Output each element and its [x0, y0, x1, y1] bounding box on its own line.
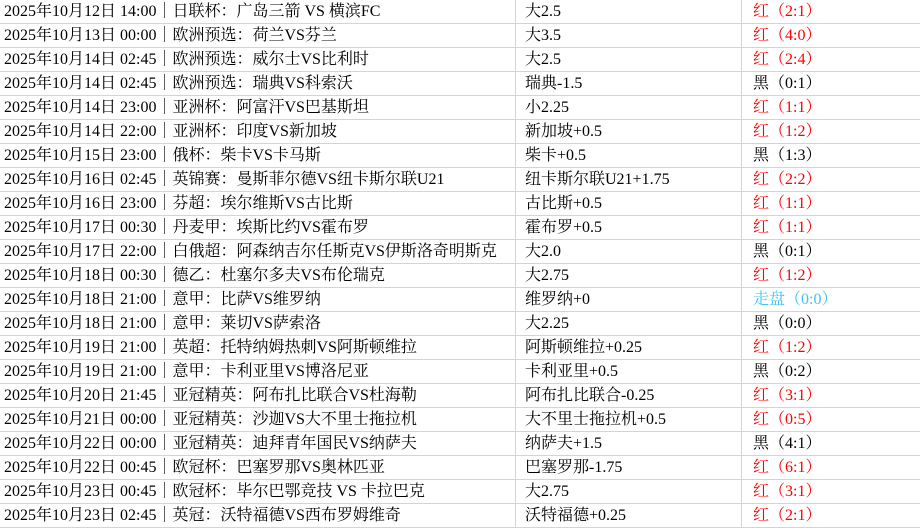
cell-result[interactable]: 红（6:1） [742, 456, 920, 480]
match-info-text: 2025年10月18日 21:00｜意甲：莱切VS萨索洛 [4, 315, 321, 332]
cell-match-info[interactable]: 2025年10月13日 00:00｜欧洲预选：荷兰VS芬兰 [0, 24, 516, 48]
cell-handicap-pick[interactable]: 瑞典-1.5 [516, 72, 742, 96]
handicap-pick-text: 大2.5 [525, 3, 561, 20]
cell-result[interactable]: 红（1:2） [742, 120, 920, 144]
cell-result[interactable]: 红（3:1） [742, 384, 920, 408]
cell-result[interactable]: 红（2:4） [742, 48, 920, 72]
match-info-text: 2025年10月19日 21:00｜英超：托特纳姆热刺VS阿斯顿维拉 [4, 339, 417, 356]
result-text: 红（1:2） [753, 267, 821, 284]
result-text: 红（0:5） [753, 411, 821, 428]
result-text: 红（4:0） [753, 27, 821, 44]
cell-handicap-pick[interactable]: 大2.5 [516, 0, 742, 24]
match-info-text: 2025年10月20日 21:45｜亚冠精英：阿布扎比联合VS杜海勒 [4, 387, 417, 404]
table-row: 2025年10月20日 21:45｜亚冠精英：阿布扎比联合VS杜海勒 阿布扎比联… [0, 384, 920, 408]
table-row: 2025年10月14日 22:00｜亚洲杯：印度VS新加坡 新加坡+0.5 红（… [0, 120, 920, 144]
match-info-text: 2025年10月13日 00:00｜欧洲预选：荷兰VS芬兰 [4, 27, 337, 44]
cell-result[interactable]: 黑（1:3） [742, 144, 920, 168]
cell-match-info[interactable]: 2025年10月19日 21:00｜英超：托特纳姆热刺VS阿斯顿维拉 [0, 336, 516, 360]
handicap-pick-text: 纽卡斯尔联U21+1.75 [525, 171, 670, 188]
table-row: 2025年10月14日 02:45｜欧洲预选：威尔士VS比利时 大2.5 红（2… [0, 48, 920, 72]
table-row: 2025年10月16日 23:00｜芬超：埃尔维斯VS古比斯 古比斯+0.5 红… [0, 192, 920, 216]
cell-match-info[interactable]: 2025年10月18日 00:30｜德乙：杜塞尔多夫VS布伦瑞克 [0, 264, 516, 288]
cell-result[interactable]: 红（1:1） [742, 192, 920, 216]
cell-match-info[interactable]: 2025年10月23日 00:45｜欧冠杯：毕尔巴鄂竞技 VS 卡拉巴克 [0, 480, 516, 504]
handicap-pick-text: 大2.75 [525, 267, 569, 284]
cell-handicap-pick[interactable]: 古比斯+0.5 [516, 192, 742, 216]
cell-result[interactable]: 红（2:2） [742, 168, 920, 192]
handicap-pick-text: 阿布扎比联合-0.25 [525, 387, 654, 404]
table-row: 2025年10月18日 21:00｜意甲：比萨VS维罗纳 维罗纳+0 走盘（0:… [0, 288, 920, 312]
cell-result[interactable]: 黑（0:1） [742, 240, 920, 264]
result-text: 黑（0:2） [753, 363, 821, 380]
table-row: 2025年10月17日 22:00｜白俄超：阿森纳吉尔任斯克VS伊斯洛奇明斯克 … [0, 240, 920, 264]
result-text: 红（2:1） [753, 3, 821, 20]
match-info-text: 2025年10月23日 00:45｜欧冠杯：毕尔巴鄂竞技 VS 卡拉巴克 [4, 483, 425, 500]
handicap-pick-text: 大3.5 [525, 27, 561, 44]
match-info-text: 2025年10月21日 00:00｜亚冠精英：沙迦VS大不里士拖拉机 [4, 411, 417, 428]
match-info-text: 2025年10月14日 02:45｜欧洲预选：瑞典VS科索沃 [4, 75, 353, 92]
handicap-pick-text: 瑞典-1.5 [525, 75, 582, 92]
result-text: 黑（0:0） [753, 315, 821, 332]
result-text: 红（3:1） [753, 387, 821, 404]
cell-result[interactable]: 黑（0:2） [742, 360, 920, 384]
cell-handicap-pick[interactable]: 大2.75 [516, 264, 742, 288]
match-info-text: 2025年10月16日 02:45｜英锦赛：曼斯菲尔德VS纽卡斯尔联U21 [4, 171, 444, 188]
table-row: 2025年10月22日 00:45｜欧冠杯：巴塞罗那VS奥林匹亚 巴塞罗那-1.… [0, 456, 920, 480]
cell-handicap-pick[interactable]: 阿布扎比联合-0.25 [516, 384, 742, 408]
handicap-pick-text: 小2.25 [525, 99, 569, 116]
result-text: 红（6:1） [753, 459, 821, 476]
table-row: 2025年10月15日 23:00｜俄杯：柴卡VS卡马斯 柴卡+0.5 黑（1:… [0, 144, 920, 168]
cell-result[interactable]: 红（1:1） [742, 96, 920, 120]
handicap-pick-text: 大2.25 [525, 315, 569, 332]
result-text: 黑（0:1） [753, 75, 821, 92]
match-info-text: 2025年10月14日 02:45｜欧洲预选：威尔士VS比利时 [4, 51, 369, 68]
cell-handicap-pick[interactable]: 纽卡斯尔联U21+1.75 [516, 168, 742, 192]
cell-match-info[interactable]: 2025年10月22日 00:00｜亚冠精英：迪拜青年国民VS纳萨夫 [0, 432, 516, 456]
match-info-text: 2025年10月19日 21:00｜意甲：卡利亚里VS博洛尼亚 [4, 363, 369, 380]
cell-handicap-pick[interactable]: 大3.5 [516, 24, 742, 48]
cell-handicap-pick[interactable]: 新加坡+0.5 [516, 120, 742, 144]
handicap-pick-text: 柴卡+0.5 [525, 147, 586, 164]
table-row: 2025年10月13日 00:00｜欧洲预选：荷兰VS芬兰 大3.5 红（4:0… [0, 24, 920, 48]
table-row: 2025年10月21日 00:00｜亚冠精英：沙迦VS大不里士拖拉机 大不里士拖… [0, 408, 920, 432]
cell-match-info[interactable]: 2025年10月15日 23:00｜俄杯：柴卡VS卡马斯 [0, 144, 516, 168]
cell-match-info[interactable]: 2025年10月18日 21:00｜意甲：莱切VS萨索洛 [0, 312, 516, 336]
cell-handicap-pick[interactable]: 大2.75 [516, 480, 742, 504]
cell-result[interactable]: 红（1:2） [742, 264, 920, 288]
cell-handicap-pick[interactable]: 大不里士拖拉机+0.5 [516, 408, 742, 432]
match-info-text: 2025年10月14日 23:00｜亚洲杯：阿富汗VS巴基斯坦 [4, 99, 369, 116]
table-row: 2025年10月23日 02:45｜英冠：沃特福德VS西布罗姆维奇 沃特福德+0… [0, 504, 920, 528]
result-text: 走盘（0:0） [753, 291, 837, 308]
result-text: 黑（4:1） [753, 435, 821, 452]
table-row: 2025年10月23日 00:45｜欧冠杯：毕尔巴鄂竞技 VS 卡拉巴克 大2.… [0, 480, 920, 504]
table-row: 2025年10月12日 14:00｜日联杯：广岛三箭 VS 横滨FC 大2.5 … [0, 0, 920, 24]
cell-result[interactable]: 红（0:5） [742, 408, 920, 432]
match-info-text: 2025年10月15日 23:00｜俄杯：柴卡VS卡马斯 [4, 147, 321, 164]
handicap-pick-text: 沃特福德+0.25 [525, 507, 626, 524]
cell-match-info[interactable]: 2025年10月17日 00:30｜丹麦甲：埃斯比约VS霍布罗 [0, 216, 516, 240]
handicap-pick-text: 大2.5 [525, 51, 561, 68]
handicap-pick-text: 古比斯+0.5 [525, 195, 602, 212]
cell-match-info[interactable]: 2025年10月16日 02:45｜英锦赛：曼斯菲尔德VS纽卡斯尔联U21 [0, 168, 516, 192]
result-text: 红（2:1） [753, 507, 821, 524]
cell-handicap-pick[interactable]: 小2.25 [516, 96, 742, 120]
match-info-text: 2025年10月17日 22:00｜白俄超：阿森纳吉尔任斯克VS伊斯洛奇明斯克 [4, 243, 497, 260]
handicap-pick-text: 霍布罗+0.5 [525, 219, 602, 236]
table-row: 2025年10月14日 02:45｜欧洲预选：瑞典VS科索沃 瑞典-1.5 黑（… [0, 72, 920, 96]
betting-results-table: 2025年10月12日 14:00｜日联杯：广岛三箭 VS 横滨FC 大2.5 … [0, 0, 920, 529]
cell-handicap-pick[interactable]: 柴卡+0.5 [516, 144, 742, 168]
cell-match-info[interactable]: 2025年10月12日 14:00｜日联杯：广岛三箭 VS 横滨FC [0, 0, 516, 24]
handicap-pick-text: 巴塞罗那-1.75 [525, 459, 622, 476]
cell-match-info[interactable]: 2025年10月14日 02:45｜欧洲预选：瑞典VS科索沃 [0, 72, 516, 96]
cell-result[interactable]: 红（2:1） [742, 504, 920, 528]
cell-result[interactable]: 红（1:2） [742, 336, 920, 360]
cell-handicap-pick[interactable]: 巴塞罗那-1.75 [516, 456, 742, 480]
handicap-pick-text: 阿斯顿维拉+0.25 [525, 339, 642, 356]
handicap-pick-text: 大不里士拖拉机+0.5 [525, 411, 666, 428]
cell-match-info[interactable]: 2025年10月18日 21:00｜意甲：比萨VS维罗纳 [0, 288, 516, 312]
cell-match-info[interactable]: 2025年10月17日 22:00｜白俄超：阿森纳吉尔任斯克VS伊斯洛奇明斯克 [0, 240, 516, 264]
result-text: 红（2:4） [753, 51, 821, 68]
cell-handicap-pick[interactable]: 纳萨夫+1.5 [516, 432, 742, 456]
result-text: 红（1:2） [753, 123, 821, 140]
table-row: 2025年10月16日 02:45｜英锦赛：曼斯菲尔德VS纽卡斯尔联U21 纽卡… [0, 168, 920, 192]
cell-handicap-pick[interactable]: 大2.5 [516, 48, 742, 72]
match-info-text: 2025年10月18日 21:00｜意甲：比萨VS维罗纳 [4, 291, 321, 308]
table-row: 2025年10月18日 21:00｜意甲：莱切VS萨索洛 大2.25 黑（0:0… [0, 312, 920, 336]
cell-match-info[interactable]: 2025年10月14日 22:00｜亚洲杯：印度VS新加坡 [0, 120, 516, 144]
table-row: 2025年10月19日 21:00｜意甲：卡利亚里VS博洛尼亚 卡利亚里+0.5… [0, 360, 920, 384]
cell-result[interactable]: 红（2:1） [742, 0, 920, 24]
table-row: 2025年10月18日 00:30｜德乙：杜塞尔多夫VS布伦瑞克 大2.75 红… [0, 264, 920, 288]
cell-match-info[interactable]: 2025年10月14日 23:00｜亚洲杯：阿富汗VS巴基斯坦 [0, 96, 516, 120]
cell-handicap-pick[interactable]: 卡利亚里+0.5 [516, 360, 742, 384]
match-info-text: 2025年10月17日 00:30｜丹麦甲：埃斯比约VS霍布罗 [4, 219, 369, 236]
result-text: 黑（1:3） [753, 147, 821, 164]
handicap-pick-text: 大2.75 [525, 483, 569, 500]
cell-handicap-pick[interactable]: 霍布罗+0.5 [516, 216, 742, 240]
table-row: 2025年10月22日 00:00｜亚冠精英：迪拜青年国民VS纳萨夫 纳萨夫+1… [0, 432, 920, 456]
cell-match-info[interactable]: 2025年10月21日 00:00｜亚冠精英：沙迦VS大不里士拖拉机 [0, 408, 516, 432]
handicap-pick-text: 维罗纳+0 [525, 291, 590, 308]
cell-handicap-pick[interactable]: 沃特福德+0.25 [516, 504, 742, 528]
cell-match-info[interactable]: 2025年10月19日 21:00｜意甲：卡利亚里VS博洛尼亚 [0, 360, 516, 384]
cell-handicap-pick[interactable]: 大2.25 [516, 312, 742, 336]
table-row: 2025年10月17日 00:30｜丹麦甲：埃斯比约VS霍布罗 霍布罗+0.5 … [0, 216, 920, 240]
cell-match-info[interactable]: 2025年10月20日 21:45｜亚冠精英：阿布扎比联合VS杜海勒 [0, 384, 516, 408]
result-text: 红（1:1） [753, 99, 821, 116]
cell-result[interactable]: 红（3:1） [742, 480, 920, 504]
table-row: 2025年10月14日 23:00｜亚洲杯：阿富汗VS巴基斯坦 小2.25 红（… [0, 96, 920, 120]
match-info-text: 2025年10月16日 23:00｜芬超：埃尔维斯VS古比斯 [4, 195, 353, 212]
cell-result[interactable]: 黑（0:0） [742, 312, 920, 336]
handicap-pick-text: 卡利亚里+0.5 [525, 363, 618, 380]
cell-handicap-pick[interactable]: 维罗纳+0 [516, 288, 742, 312]
match-info-text: 2025年10月22日 00:45｜欧冠杯：巴塞罗那VS奥林匹亚 [4, 459, 385, 476]
cell-match-info[interactable]: 2025年10月23日 02:45｜英冠：沃特福德VS西布罗姆维奇 [0, 504, 516, 528]
cell-handicap-pick[interactable]: 大2.0 [516, 240, 742, 264]
result-text: 红（1:2） [753, 339, 821, 356]
cell-result[interactable]: 红（4:0） [742, 24, 920, 48]
result-text: 红（1:1） [753, 219, 821, 236]
cell-match-info[interactable]: 2025年10月16日 23:00｜芬超：埃尔维斯VS古比斯 [0, 192, 516, 216]
handicap-pick-text: 纳萨夫+1.5 [525, 435, 602, 452]
table-row: 2025年10月19日 21:00｜英超：托特纳姆热刺VS阿斯顿维拉 阿斯顿维拉… [0, 336, 920, 360]
match-info-text: 2025年10月12日 14:00｜日联杯：广岛三箭 VS 横滨FC [4, 3, 380, 20]
match-info-text: 2025年10月18日 00:30｜德乙：杜塞尔多夫VS布伦瑞克 [4, 267, 385, 284]
handicap-pick-text: 大2.0 [525, 243, 561, 260]
cell-match-info[interactable]: 2025年10月22日 00:45｜欧冠杯：巴塞罗那VS奥林匹亚 [0, 456, 516, 480]
cell-result[interactable]: 走盘（0:0） [742, 288, 920, 312]
match-info-text: 2025年10月22日 00:00｜亚冠精英：迪拜青年国民VS纳萨夫 [4, 435, 417, 452]
result-text: 黑（0:1） [753, 243, 821, 260]
handicap-pick-text: 新加坡+0.5 [525, 123, 602, 140]
match-info-text: 2025年10月23日 02:45｜英冠：沃特福德VS西布罗姆维奇 [4, 507, 401, 524]
cell-handicap-pick[interactable]: 阿斯顿维拉+0.25 [516, 336, 742, 360]
result-text: 红（1:1） [753, 195, 821, 212]
cell-result[interactable]: 红（1:1） [742, 216, 920, 240]
result-text: 红（3:1） [753, 483, 821, 500]
cell-result[interactable]: 黑（0:1） [742, 72, 920, 96]
cell-result[interactable]: 黑（4:1） [742, 432, 920, 456]
result-text: 红（2:2） [753, 171, 821, 188]
match-info-text: 2025年10月14日 22:00｜亚洲杯：印度VS新加坡 [4, 123, 337, 140]
cell-match-info[interactable]: 2025年10月14日 02:45｜欧洲预选：威尔士VS比利时 [0, 48, 516, 72]
